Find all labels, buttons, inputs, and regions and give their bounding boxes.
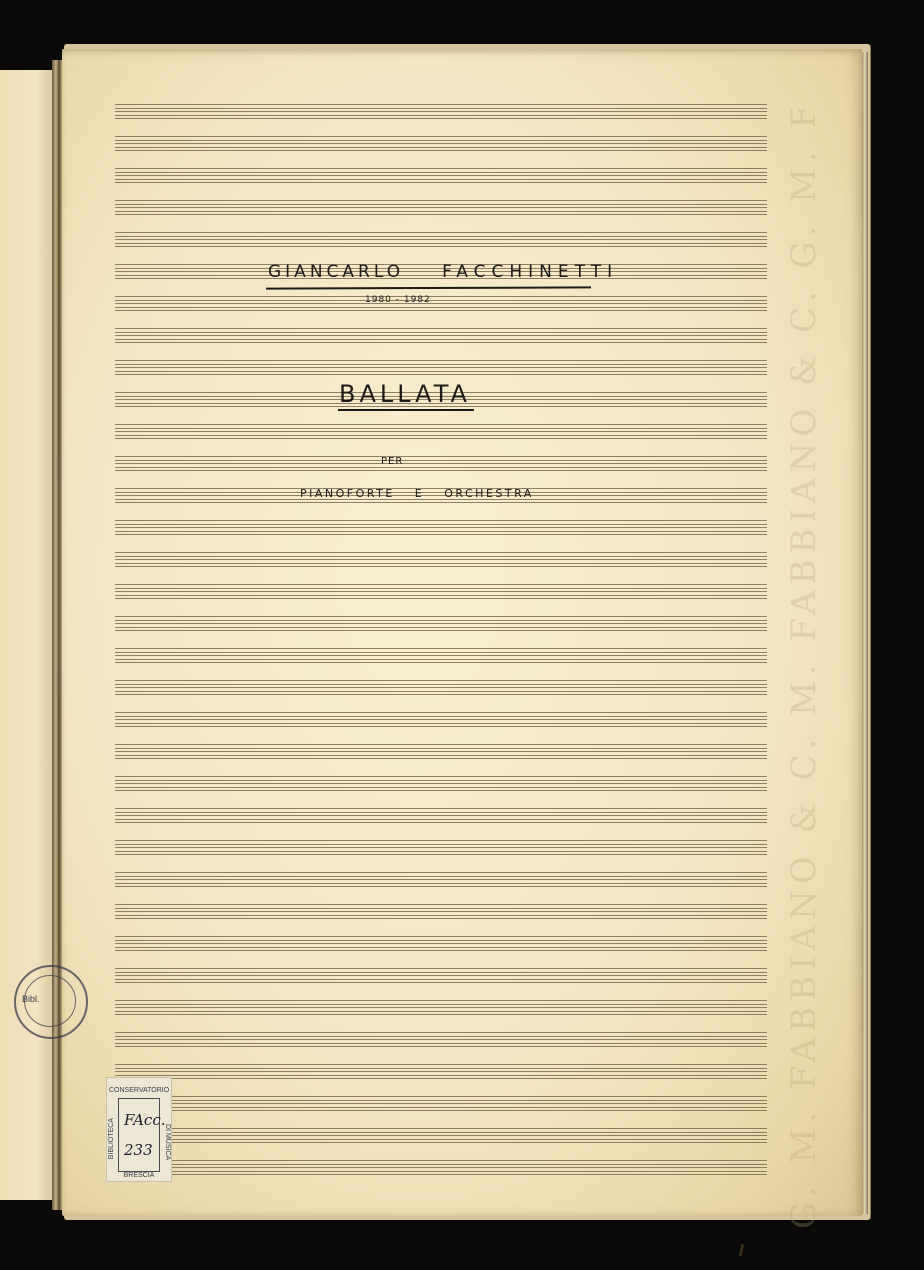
staff: [115, 712, 767, 727]
staff: [115, 776, 767, 791]
composer-last-name: FACCHINETTI: [442, 262, 618, 282]
staff: [115, 1096, 767, 1111]
staff: [115, 1000, 767, 1015]
staff: [115, 360, 767, 375]
staff: [115, 616, 767, 631]
instrument-conjunction: E: [415, 487, 424, 500]
manuscript-page: G. M. FABBIANO & C. M. FABBIANO & C. G. …: [62, 49, 862, 1216]
staff: [115, 104, 767, 119]
staff: [115, 1064, 767, 1079]
instrument-orchestra: ORCHESTRA: [444, 487, 534, 500]
label-left-text: BIBLIOTECA: [108, 1118, 115, 1159]
ink-blot: [739, 1244, 744, 1256]
label-right-text: DI MUSICA: [164, 1124, 171, 1160]
instrument-piano: PIANOFORTE: [300, 487, 395, 500]
staff: [115, 584, 767, 599]
staff: [115, 936, 767, 951]
staff: [115, 840, 767, 855]
staff: [115, 904, 767, 919]
staff: [115, 520, 767, 535]
label-bottom-text: BRESCIA: [109, 1172, 169, 1179]
label-top-text: CONSERVATORIO: [109, 1087, 169, 1094]
title-underline: [338, 409, 474, 411]
staff: [115, 296, 767, 311]
instrumentation: PIANOFORTEEORCHESTRA: [300, 487, 534, 500]
staff: [115, 168, 767, 183]
staff: [115, 200, 767, 215]
shelfmark-line-1: FAcc.: [124, 1111, 166, 1129]
staff: [115, 1160, 767, 1175]
staff: [115, 136, 767, 151]
embossed-watermark: G. M. FABBIANO & C. M. FABBIANO & C. G. …: [784, 109, 834, 1229]
staff: [115, 808, 767, 823]
staff: [115, 968, 767, 983]
staff: [115, 872, 767, 887]
staff: [115, 424, 767, 439]
composer-name: GIANCARLOFACCHINETTI: [268, 262, 618, 282]
staff: [115, 648, 767, 663]
library-stamp-fragment: Bibl.: [22, 994, 40, 1004]
staff: [115, 680, 767, 695]
staff: [115, 552, 767, 567]
staff: [115, 1032, 767, 1047]
staff: [115, 456, 767, 471]
page-right-edge: [862, 52, 868, 1214]
work-title: BALLATA: [339, 380, 471, 408]
composer-first-name: GIANCARLO: [268, 262, 404, 282]
staff: [115, 328, 767, 343]
staff: [115, 1128, 767, 1143]
staff: [115, 744, 767, 759]
library-shelfmark-label: CONSERVATORIO BIBLIOTECA DI MUSICA FAcc.…: [106, 1077, 172, 1182]
staff: [115, 232, 767, 247]
shelfmark-box: FAcc. 233: [118, 1098, 160, 1172]
composition-dates: 1980 - 1982: [365, 295, 431, 305]
shelfmark-line-2: 233: [124, 1141, 153, 1159]
per-text: PER: [381, 456, 403, 467]
music-staves: [62, 49, 862, 1216]
